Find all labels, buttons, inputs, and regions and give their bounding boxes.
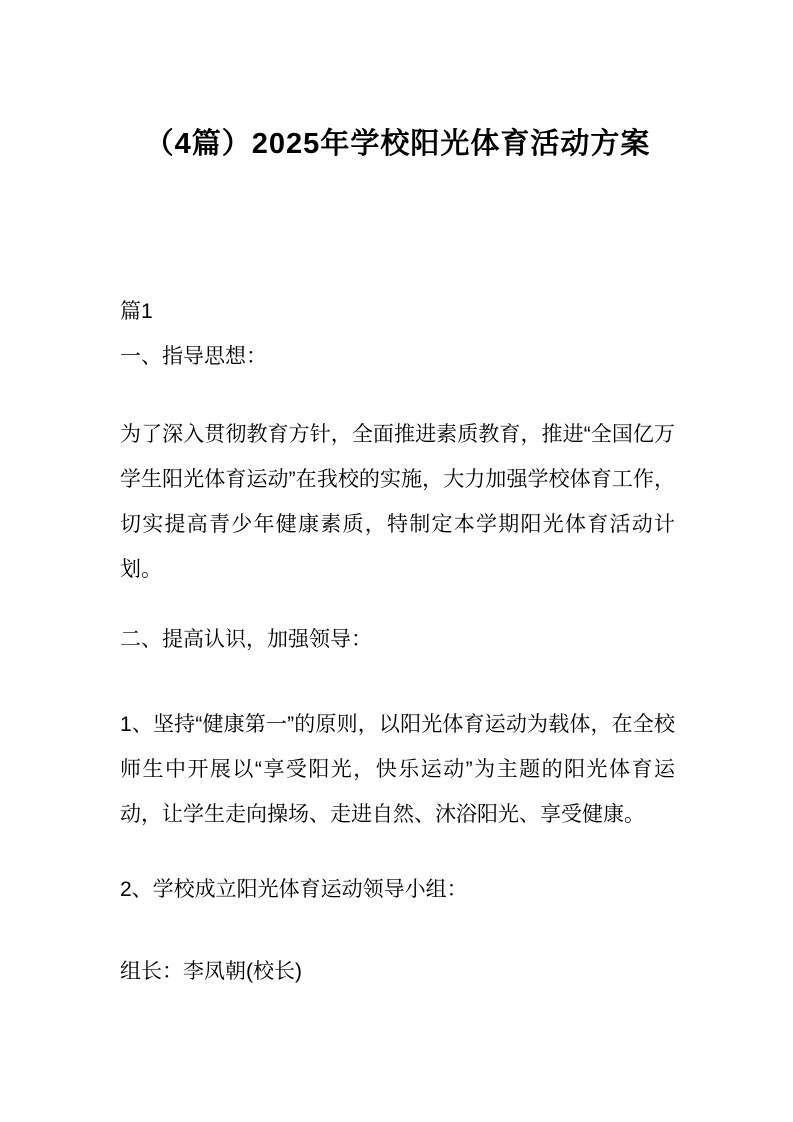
piece-number-label: 篇1 xyxy=(120,289,675,334)
item-heading-leading-group: 2、学校成立阳光体育运动领导小组： xyxy=(120,867,675,912)
paragraph-guiding-ideology: 为了深入贯彻教育方针，全面推进素质教育，推进“全国亿万学生阳光体育运动”在我校的… xyxy=(120,412,675,592)
paragraph-health-first-principle: 1、坚持“健康第一”的原则，以阳光体育运动为载体，在全校师生中开展以“享受阳光，… xyxy=(120,702,675,837)
section-heading-guiding-ideology: 一、指导思想： xyxy=(120,334,675,379)
document-page: （4篇）2025年学校阳光体育活动方案 篇1 一、指导思想： 为了深入贯彻教育方… xyxy=(0,0,793,1122)
section-heading-raise-awareness: 二、提高认识，加强领导： xyxy=(120,617,675,662)
document-title: （4篇）2025年学校阳光体育活动方案 xyxy=(120,0,675,167)
line-group-leader: 组长：李凤朝(校长) xyxy=(120,949,675,994)
